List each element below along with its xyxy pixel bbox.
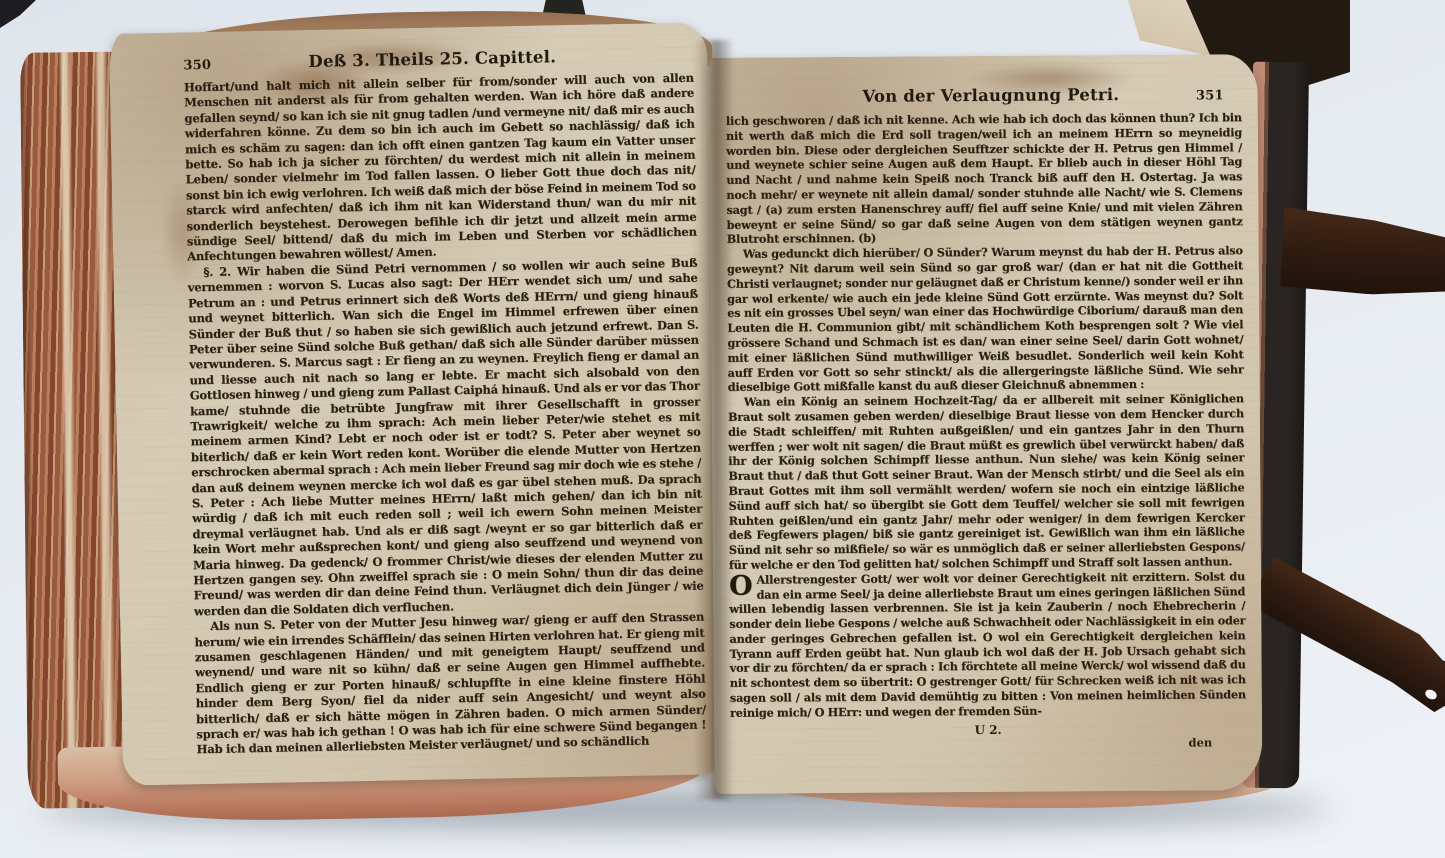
book-gutter-shadow xyxy=(694,40,734,800)
right-page-number: 351 xyxy=(1196,88,1224,103)
photo-of-antique-book: 350 Deß 3. Theils 25. Capittel. Hoffart/… xyxy=(0,0,1445,858)
left-running-header: 350 Deß 3. Theils 25. Capittel. xyxy=(183,45,693,74)
left-page-content: 350 Deß 3. Theils 25. Capittel. Hoffart/… xyxy=(109,22,721,785)
left-running-title: Deß 3. Theils 25. Capittel. xyxy=(211,45,654,72)
right-running-title: Von der Verlaugnung Petri. xyxy=(786,85,1196,107)
leather-strap-upper xyxy=(1280,204,1445,299)
left-body-text: Hoffart/und halt mich nit allein selber … xyxy=(184,71,707,759)
right-running-header: Von der Verlaugnung Petri. 351 xyxy=(726,84,1242,107)
paragraph: Hoffart/und halt mich nit allein selber … xyxy=(184,71,697,266)
paragraph: lich geschworen / daß ich nit kenne. Ach… xyxy=(726,110,1243,247)
paragraph: Als nun S. Peter von der Mutter Jesu hin… xyxy=(194,610,707,758)
dark-corner-object xyxy=(0,0,36,28)
paragraph: Was gedunckt dich hierüber/ O Sünder? Wa… xyxy=(727,243,1244,395)
paragraph-with-dropcap: OAllerstrengester Gott/ wer wolt vor dei… xyxy=(729,569,1246,721)
right-page-content: Von der Verlaugnung Petri. 351 lich gesc… xyxy=(709,54,1262,794)
paragraph: Allerstrengester Gott/ wer wolt vor dein… xyxy=(729,569,1246,720)
catchword: den xyxy=(730,735,1246,753)
right-body-text: lich geschworen / daß ich nit kenne. Ach… xyxy=(726,110,1246,720)
right-page: Von der Verlaugnung Petri. 351 lich gesc… xyxy=(709,54,1262,794)
paragraph: §. 2. Wir haben die Sünd Petri vernommen… xyxy=(187,255,704,619)
left-page: 350 Deß 3. Theils 25. Capittel. Hoffart/… xyxy=(109,22,721,785)
left-page-number: 350 xyxy=(183,58,211,74)
paragraph: Wan ein König an seinem Hochzeit-Tag/ da… xyxy=(728,391,1245,572)
